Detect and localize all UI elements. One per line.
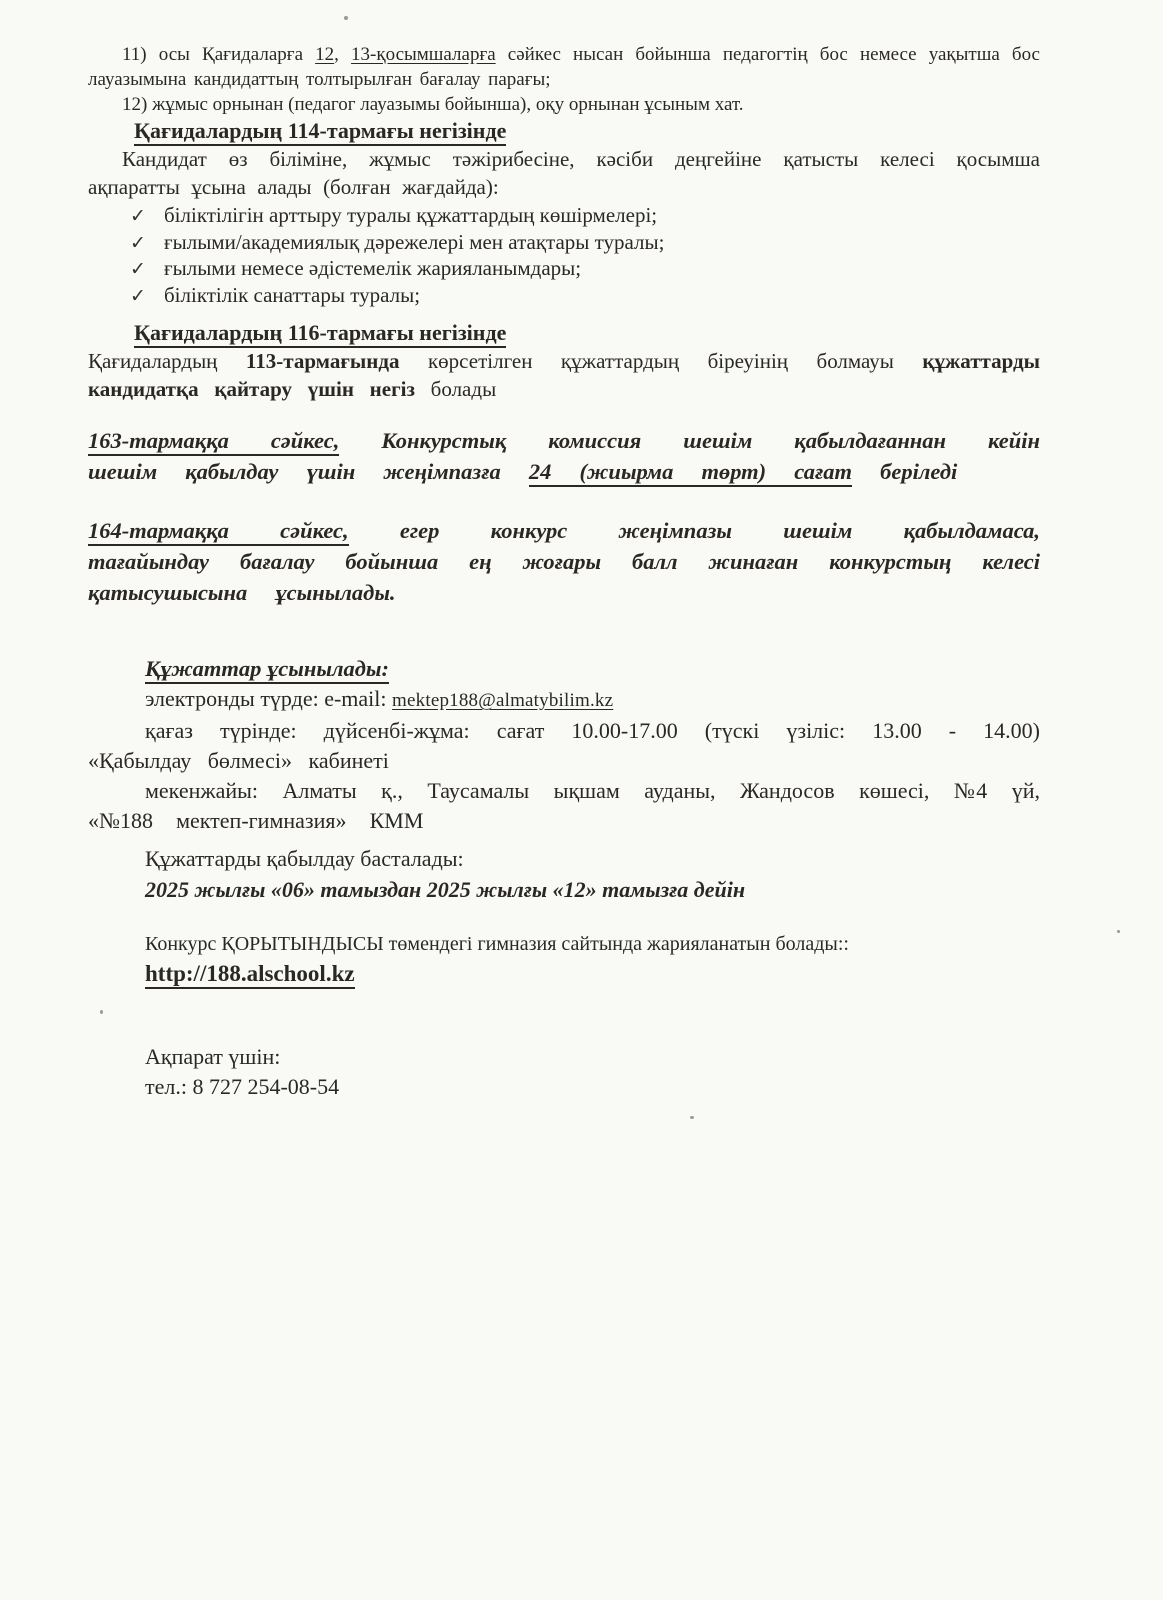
appendix-12-ref: 12 <box>315 44 334 65</box>
point-113-ref: 113-тармағында <box>246 349 400 373</box>
qualification-bullet-list: ✓ біліктілігін арттыру туралы құжаттарды… <box>130 203 1040 309</box>
list-item: ✓ біліктілік санаттары туралы; <box>130 283 1040 310</box>
scan-speck <box>344 16 348 20</box>
paper-submission-line: қағаз түрінде: дүйсенбі-жұма: сағат 10.0… <box>88 716 1040 776</box>
scan-speck <box>100 1010 103 1014</box>
item11-prefix: 11) осы Қағидаларға <box>122 44 315 65</box>
section-heading-116: Қағидалардың 116-тармағы негізінде <box>134 319 1040 347</box>
scanned-document-page: 11) осы Қағидаларға 12, 13-қосымшаларға … <box>0 0 1163 1600</box>
info-label: Ақпарат үшін: <box>88 1042 1040 1072</box>
documents-submitted-heading: Құжаттар ұсынылады: <box>145 654 1040 684</box>
point-164-lead: 164-тармаққа сәйкес, <box>88 518 349 546</box>
para116-s3: болады <box>415 377 496 401</box>
paragraph-116: Қағидалардың 113-тармағында көрсетілген … <box>88 347 1040 403</box>
para116-s2: көрсетілген құжаттардың біреуінің болмау… <box>400 349 923 373</box>
documents-submitted-heading-text: Құжаттар ұсынылады: <box>145 656 389 684</box>
school-website-link[interactable]: http://188.alschool.kz <box>145 958 1040 990</box>
item11-separator: , <box>334 44 351 65</box>
bullet-text: ғылыми немесе әдістемелік жарияланымдары… <box>164 256 581 282</box>
phone-line: тел.: 8 727 254-08-54 <box>88 1072 1040 1102</box>
paragraph-164: 164-тармаққа сәйкес, егер конкурс жеңімп… <box>88 515 1040 608</box>
section-heading-116-text: Қағидалардың 116-тармағы негізінде <box>134 320 506 348</box>
para116-s1: Қағидалардың <box>88 349 246 373</box>
paragraph-114: Кандидат өз біліміне, жұмыс тәжірибесіне… <box>88 145 1040 201</box>
acceptance-start-label: Құжаттарды қабылдау басталады: <box>88 844 1040 874</box>
list-item: ✓ ғылыми/академиялық дәрежелері мен атақ… <box>130 230 1040 257</box>
bullet-text: біліктілігін арттыру туралы құжаттардың … <box>164 203 657 229</box>
address-line: мекенжайы: Алматы қ., Таусамалы ықшам ау… <box>88 776 1040 836</box>
checkmark-icon: ✓ <box>130 204 164 230</box>
section-heading-114-text: Қағидалардың 114-тармағы негізінде <box>134 118 506 146</box>
checkmark-icon: ✓ <box>130 257 164 283</box>
paragraph-163: 163-тармаққа сәйкес, Конкурстық комиссия… <box>88 425 1040 487</box>
email-line: электронды түрде: e-mail: mektep188@alma… <box>88 684 1040 716</box>
scan-speck <box>690 1116 694 1119</box>
bullet-text: біліктілік санаттары туралы; <box>164 283 420 309</box>
section-heading-114: Қағидалардың 114-тармағы негізінде <box>134 117 1040 145</box>
list-item-12: 12) жұмыс орнынан (педагог лауазымы бойы… <box>88 92 1040 117</box>
appendix-13-ref: 13-қосымшаларға <box>351 44 496 65</box>
checkmark-icon: ✓ <box>130 284 164 310</box>
list-item-11: 11) осы Қағидаларға 12, 13-қосымшаларға … <box>88 42 1040 92</box>
email-address-link[interactable]: mektep188@almatybilim.kz <box>392 690 613 711</box>
document-content: 11) осы Қағидаларға 12, 13-қосымшаларға … <box>88 42 1040 1102</box>
checkmark-icon: ✓ <box>130 231 164 257</box>
results-announcement-line: Конкурс ҚОРЫТЫНДЫСЫ төмендегі гимназия с… <box>88 930 1040 958</box>
bullet-text: ғылыми/академиялық дәрежелері мен атақта… <box>164 230 664 256</box>
scan-speck <box>1117 930 1120 933</box>
point-163-lead: 163-тармаққа сәйкес, <box>88 428 339 456</box>
email-label: электронды түрде: e-mail: <box>145 686 392 711</box>
list-item: ✓ біліктілігін арттыру туралы құжаттарды… <box>130 203 1040 230</box>
twenty-four-hours-emphasis: 24 (жиырма төрт) сағат <box>529 459 852 487</box>
acceptance-period: 2025 жылғы «06» тамыздан 2025 жылғы «12»… <box>145 874 1040 906</box>
para163-tail: беріледі <box>852 459 957 484</box>
school-website-url-text: http://188.alschool.kz <box>145 961 355 989</box>
list-item: ✓ ғылыми немесе әдістемелік жарияланымда… <box>130 256 1040 283</box>
